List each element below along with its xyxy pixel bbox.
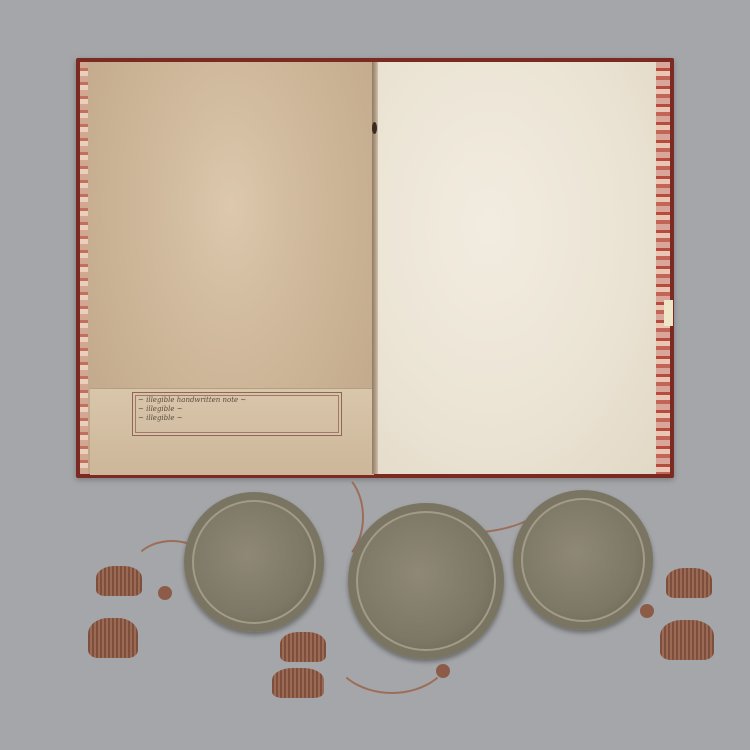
cord-slit xyxy=(372,122,377,134)
inscription-line: ~ illegible handwritten note ~ xyxy=(138,396,334,405)
tassel xyxy=(272,668,324,698)
seal-case-right xyxy=(513,490,653,630)
tassel xyxy=(660,620,714,660)
tassel xyxy=(666,568,712,598)
seal-case-left xyxy=(184,492,324,632)
tassel-knot xyxy=(158,586,172,600)
tassel xyxy=(96,566,142,596)
tassel xyxy=(88,618,138,658)
right-page xyxy=(378,62,656,474)
tassel-knot xyxy=(640,604,654,618)
inscription: ~ illegible handwritten note ~ ~ illegib… xyxy=(138,396,334,423)
inscription-line: ~ illegible ~ xyxy=(138,405,334,414)
inscription-line: ~ illegible ~ xyxy=(138,414,334,423)
tassel xyxy=(280,632,326,662)
seal-case-center xyxy=(348,503,504,659)
tassel-knot xyxy=(436,664,450,678)
paper-tab xyxy=(664,300,673,326)
